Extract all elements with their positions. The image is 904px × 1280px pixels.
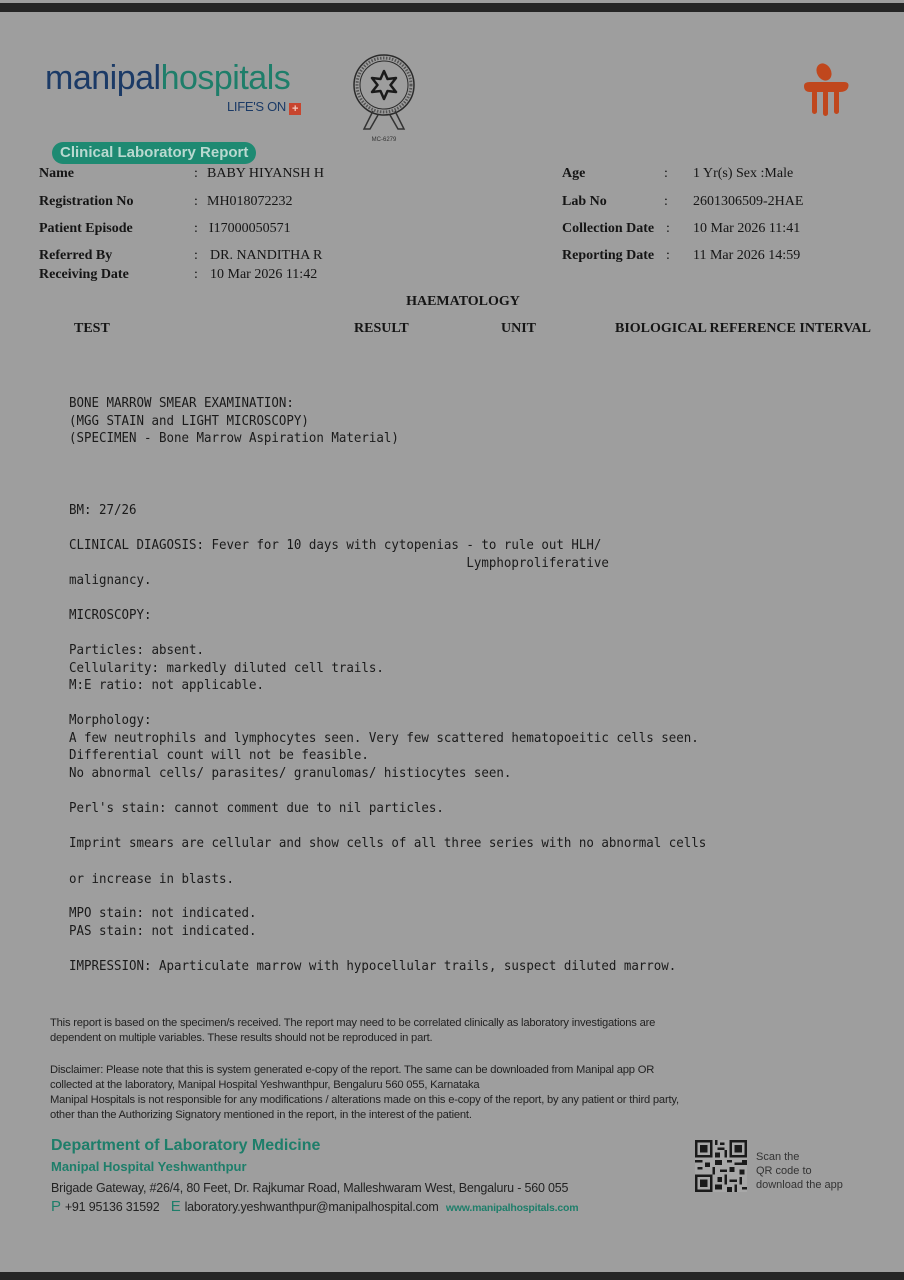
microscopy-findings: Particles: absent.Cellularity: markedly … bbox=[69, 642, 384, 695]
exam-stain: (MGG STAIN and LIGHT MICROSCOPY) bbox=[69, 413, 399, 431]
disclaimer: Disclaimer: Please note that this is sys… bbox=[50, 1063, 679, 1123]
column-header-test: TEST bbox=[74, 321, 110, 337]
field-separator: : bbox=[194, 194, 198, 210]
bm-number: BM: 27/26 bbox=[69, 502, 136, 520]
qr-caption-line: download the app bbox=[756, 1178, 843, 1192]
impression: IMPRESSION: Aparticulate marrow with hyp… bbox=[69, 958, 676, 976]
registration-number: MH018072232 bbox=[207, 194, 293, 210]
nabl-seal: MC-6279 bbox=[348, 53, 420, 147]
disclaimer-line: other than the Authorizing Signatory men… bbox=[50, 1108, 679, 1123]
email-label: E bbox=[171, 1198, 181, 1215]
clinical-diagnosis: CLINICAL DIAGOSIS: Fever for 10 days wit… bbox=[69, 537, 609, 590]
morphology-heading: Morphology: bbox=[69, 712, 699, 730]
seal-emblem-icon bbox=[348, 53, 420, 137]
me-ratio-finding: M:E ratio: not applicable. bbox=[69, 677, 384, 695]
field-separator: : bbox=[664, 166, 668, 182]
logo-tagline: LIFE'S ON+ bbox=[227, 99, 301, 115]
qr-caption-line: QR code to bbox=[756, 1164, 843, 1178]
field-label: Registration No bbox=[39, 194, 134, 210]
field-label: Age bbox=[562, 166, 585, 182]
patient-name: BABY HIYANSH H bbox=[207, 166, 324, 182]
referring-doctor: DR. NANDITHA R bbox=[210, 248, 322, 264]
disclaimer-line: Disclaimer: Please note that this is sys… bbox=[50, 1063, 679, 1078]
seal-code: MC-6279 bbox=[348, 137, 420, 143]
field-separator: : bbox=[664, 194, 668, 210]
field-separator: : bbox=[194, 248, 198, 264]
department-name: Department of Laboratory Medicine bbox=[51, 1137, 320, 1155]
email-link[interactable]: laboratory.yeshwanthpur@manipalhospital.… bbox=[185, 1200, 439, 1214]
hospital-address: Brigade Gateway, #26/4, 80 Feet, Dr. Raj… bbox=[51, 1181, 568, 1195]
morphology-line: Differential count will not be feasible. bbox=[69, 747, 699, 765]
perls-stain: Perl's stain: cannot comment due to nil … bbox=[69, 800, 444, 818]
bottom-edge-bar bbox=[0, 1272, 904, 1280]
field-separator: : bbox=[194, 166, 198, 182]
field-label: Reporting Date bbox=[562, 248, 654, 264]
diagnosis-line: CLINICAL DIAGOSIS: Fever for 10 days wit… bbox=[69, 537, 609, 555]
column-header-unit: UNIT bbox=[501, 321, 536, 337]
plus-icon: + bbox=[289, 103, 301, 115]
particles-finding: Particles: absent. bbox=[69, 642, 384, 660]
patient-episode: I17000050571 bbox=[209, 221, 291, 237]
reporting-date: 11 Mar 2026 14:59 bbox=[693, 248, 800, 264]
phone-label: P bbox=[51, 1198, 61, 1215]
field-label: Lab No bbox=[562, 194, 607, 210]
column-header-reference: BIOLOGICAL REFERENCE INTERVAL bbox=[615, 321, 871, 337]
exam-title: BONE MARROW SMEAR EXAMINATION: bbox=[69, 395, 399, 413]
phone-number[interactable]: +91 95136 31592 bbox=[65, 1200, 160, 1214]
website-link[interactable]: www.manipalhospitals.com bbox=[446, 1202, 579, 1214]
field-label: Name bbox=[39, 166, 74, 182]
field-separator: : bbox=[194, 221, 198, 237]
mpo-stain: MPO stain: not indicated. bbox=[69, 905, 256, 923]
logo-text-hospitals: hospitals bbox=[161, 59, 291, 97]
exam-title-block: BONE MARROW SMEAR EXAMINATION:(MGG STAIN… bbox=[69, 395, 399, 448]
tagline-text: LIFE'S ON bbox=[227, 99, 286, 114]
section-heading: HAEMATOLOGY bbox=[0, 294, 904, 310]
field-separator: : bbox=[666, 221, 670, 237]
morphology-line: No abnormal cells/ parasites/ granulomas… bbox=[69, 765, 699, 783]
cellularity-finding: Cellularity: markedly diluted cell trail… bbox=[69, 660, 384, 678]
manipal-symbol-icon bbox=[800, 62, 852, 120]
qr-caption-line: Scan the bbox=[756, 1150, 843, 1164]
special-stains: MPO stain: not indicated.PAS stain: not … bbox=[69, 905, 256, 940]
age-sex: 1 Yr(s) Sex :Male bbox=[693, 166, 793, 182]
column-header-result: RESULT bbox=[354, 321, 409, 337]
field-label: Receiving Date bbox=[39, 267, 129, 283]
disclaimer-line: Manipal Hospitals is not responsible for… bbox=[50, 1093, 679, 1108]
manipal-hospitals-logo: manipalhospitals LIFE'S ON+ bbox=[45, 58, 290, 98]
hospital-name: Manipal Hospital Yeshwanthpur bbox=[51, 1159, 247, 1174]
top-edge-bar bbox=[0, 3, 904, 12]
morphology-block: Morphology:A few neutrophils and lymphoc… bbox=[69, 712, 699, 782]
diagnosis-line: malignancy. bbox=[69, 572, 609, 590]
qr-caption: Scan theQR code todownload the app bbox=[756, 1150, 843, 1192]
contact-row: P+91 95136 31592 Elaboratory.yeshwanthpu… bbox=[51, 1198, 578, 1215]
imprint-smears-line2: or increase in blasts. bbox=[69, 871, 234, 889]
logo-wordmark: manipalhospitals bbox=[45, 58, 290, 98]
field-separator: : bbox=[666, 248, 670, 264]
report-type-badge: Clinical Laboratory Report bbox=[52, 142, 256, 164]
field-separator: : bbox=[194, 267, 198, 283]
morphology-line: A few neutrophils and lymphocytes seen. … bbox=[69, 730, 699, 748]
field-label: Patient Episode bbox=[39, 221, 133, 237]
field-label: Referred By bbox=[39, 248, 112, 264]
field-label: Collection Date bbox=[562, 221, 654, 237]
exam-specimen: (SPECIMEN - Bone Marrow Aspiration Mater… bbox=[69, 430, 399, 448]
microscopy-heading: MICROSCOPY: bbox=[69, 607, 151, 625]
diagnosis-line: Lymphoproliferative bbox=[69, 555, 609, 573]
collection-date: 10 Mar 2026 11:41 bbox=[693, 221, 800, 237]
note-line: dependent on multiple variables. These r… bbox=[50, 1031, 655, 1046]
imprint-smears-line1: Imprint smears are cellular and show cel… bbox=[69, 835, 706, 853]
report-note: This report is based on the specimen/s r… bbox=[50, 1016, 655, 1046]
logo-text-manipal: manipal bbox=[45, 59, 161, 97]
pas-stain: PAS stain: not indicated. bbox=[69, 923, 256, 941]
receiving-date: 10 Mar 2026 11:42 bbox=[210, 267, 317, 283]
qr-code-icon[interactable] bbox=[695, 1140, 747, 1192]
disclaimer-line: collected at the laboratory, Manipal Hos… bbox=[50, 1078, 679, 1093]
note-line: This report is based on the specimen/s r… bbox=[50, 1016, 655, 1031]
lab-number: 2601306509-2HAE bbox=[693, 194, 803, 210]
